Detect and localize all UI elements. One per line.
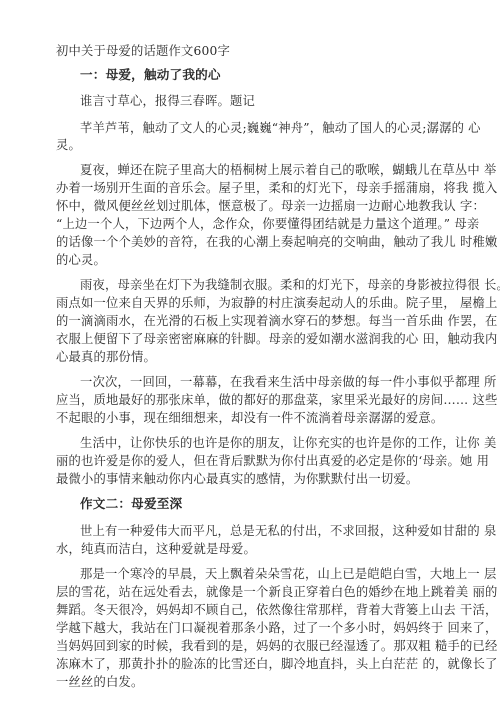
paragraph-line: 水，纯真而洁白，这种爱就是母爱。 <box>56 541 256 557</box>
paragraph-line: 舞蹈。冬天很冷，妈妈却不顾自己，依然像往常那样，背着大背篓上山去 干活， <box>56 602 498 618</box>
paragraph-line: 层的雪花，站在远处看去，就像是一个新良正穿着白色的婚纱在地上跳着美 丽的 <box>56 584 498 600</box>
paragraph-line: 当妈妈回到家的时候，我看到的是，妈妈的衣服已经湿透了。那双粗 糙手的已经 <box>56 638 498 654</box>
paragraph-line: 衣服上便留下了母亲密密麻麻的针脚。母亲的爱如潮水滋润我的心 田，触动我内 <box>56 331 498 347</box>
paragraph-line: 雨点如一位来自天界的乐师，为寂静的村庄演奏起动人的乐曲。院子里， 屋檐上 <box>56 295 498 311</box>
paragraph-line: 的话像一个个美妙的音符，在我的心潮上奏起响亮的交响曲，触动了我儿 时稚嫩 <box>56 234 498 250</box>
paragraph-line: 那是一个寒冷的早晨，天上飘着朵朵雪花，山上已是皑皑白雪，大地上一 层 <box>80 566 497 582</box>
paragraph-line: 办着一场别开生面的音乐会。屋子里，柔和的灯光下，母亲手摇蒲扇，将我 揽入 <box>56 180 498 196</box>
epigraph: 谁言寸草心，报得三春晖。题记 <box>80 93 255 109</box>
essay1-heading: 一：母爱，触动了我的心 <box>80 67 221 83</box>
paragraph-line: 怀中，微风便丝丝划过肌体，惬意极了。母亲一边摇扇一边耐心地教我认 字： <box>56 198 485 214</box>
paragraph-line: 生活中，让你快乐的也许是你的朋友，让你充实的也许是你的工作，让你 美 <box>80 435 497 451</box>
document-title: 初中关于母爱的话题作文600字 <box>56 43 230 59</box>
paragraph-line: 一丝丝的白发。 <box>56 674 143 690</box>
paragraph-line: “上边一个人，下边两个人，念作众，你要懂得团结就是力量这个道理。” 母亲 <box>56 216 479 232</box>
paragraph-line: 的一滴滴雨水，在光滑的石板上实现着滴水穿石的梦想。每当一首乐曲 作罢，在 <box>56 313 498 329</box>
paragraph-line: 应当，质地最好的那张床单，做的都好的那盘菜，家里采光最好的房间…… 这些 <box>56 392 498 408</box>
paragraph-line: 学越下越大，我站在门口凝视着那条小路，过了一个多小时，妈妈终于 回来了， <box>56 620 498 636</box>
paragraph-line: 夏夜，蝉还在院子里高大的梧桐树上展示着自己的歌喉，蝴蛾儿在草丛中 举 <box>80 162 497 178</box>
paragraph-line: 不起眼的小事，现在细细想来，却没有一件不流淌着母亲潺潺的爱意。 <box>56 410 443 426</box>
paragraph-line: 雨夜，母亲坐在灯下为我缝制衣服。柔和的灯光下，母亲的身影被拉得很 长。 <box>80 277 500 293</box>
paragraph-line: 一次次，一回回，一幕幕，在我看来生活中母亲做的每一件小事似乎都理 所 <box>80 374 497 390</box>
paragraph-line: 芊羊芦苇，触动了文人的心灵;巍巍“神舟”，触动了国人的心灵;潺潺的 心 <box>80 120 481 136</box>
paragraph-line: 心最真的那份情。 <box>56 349 156 365</box>
paragraph-line: 冻麻木了，那黄扑扑的脸冻的比雪还白，脚冷地直抖，头上白茫茫 的，就像长了 <box>56 656 498 672</box>
paragraph-line: 丽的也许爱是你的爱人，但在背后默默为你付出真爱的必定是你的‘母亲。她 用 <box>56 453 489 469</box>
paragraph-line: 最微小的事情来触动你内心最真实的感情，为你默默付出一切爱。 <box>56 471 418 487</box>
paragraph-line: 世上有一种爱伟大而平凡，总是无私的付出，不求回报，这种爱如甘甜的 泉 <box>80 523 497 539</box>
essay2-heading: 作文二：母爱至深 <box>80 496 182 512</box>
paragraph-line: 灵。 <box>56 137 81 153</box>
paragraph-line: 的心灵。 <box>56 252 106 268</box>
